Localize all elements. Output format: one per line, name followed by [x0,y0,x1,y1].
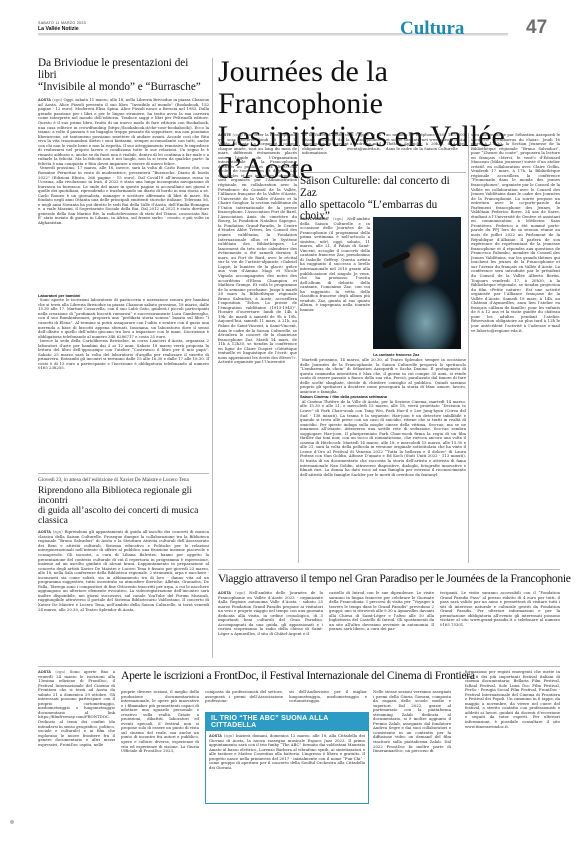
article-biblioteca: Giovedì 23, in attesa dell’esibizione di… [38,477,209,672]
headline-line-2: di guida all’ascolto dei concerti di mus… [38,506,209,526]
frontdoc-col-4: Nelle stesse sezioni verranno assegnati … [373,690,451,800]
headline-line-2: “Invisibile al mondo” e “Burrasche” [38,82,209,94]
paragraph: tecipanti. Le visite saranno accessibili… [440,591,560,627]
article-body: AOSTA (zgn) Oggi, sabato 11 marzo, alle … [38,98,209,292]
divider [38,666,560,667]
gran-paradiso-headline: Viaggio attraverso il tempo nel Gran Par… [218,573,560,585]
paragraph: Sono aperte fino a venerdì 24 marzo le i… [38,670,115,747]
newspaper-name: La Vallée Notizie [38,26,79,32]
gran-paradiso-col-3: tecipanti. Le visite saranno accessibili… [440,591,560,661]
paragraph: de la Vallée d’Aoste sous l’égide de la … [302,133,381,155]
paragraph: proprie diverse sezioni, il meglio della… [121,690,199,753]
microphone-shape [381,251,411,269]
francophonie-col-1: AOSTE (cnn) Pour fêter la Francophonie q… [218,133,297,563]
francophonie-col-2: de la Vallée d’Aoste sous l’égide de la … [302,133,381,169]
paragraph: Venerdì prossimo, 17 marzo, alle 18, inv… [38,165,209,225]
francophonie-col-3: au numéro de téléphone 0165 1875200 et s… [386,133,465,169]
frontdoc-col-3b: sti dell’Audiovisivo per il miglior lung… [289,690,367,706]
kicker: Giovedì 23, in attesa dell’esibizione di… [38,477,209,483]
paragraph: Martedì prossimo, 14 marzo, alle 20.30, … [300,358,466,394]
gran-paradiso-col-2: castello di Introd con le sue dipendenze… [329,591,434,661]
paragraph: Oggi, sabato 11 marzo, alle 18, nella Li… [38,98,209,166]
article-zaz: Saison Culturelle: dal concerto di Zaz a… [300,176,466,223]
frontdoc-col-3: composta da professionisti del settore, … [205,690,283,706]
frontdoc-col-2: proprie diverse sezioni, il meglio della… [121,690,199,800]
paragraph: Pour fêter la Francophonie qui sera célé… [218,133,297,364]
paragraph: Sono aperte le iscrizioni laboratorio di… [38,298,209,338]
frontdoc-col-1: AOSTA (zgn) Sono aperte fino a venerdì 2… [38,670,115,800]
paragraph: Invece la sede della Cartolibreria Brivi… [38,338,209,370]
divider [300,172,466,173]
frontdoc-headline: Aperte le iscrizioni a FrontDoc, il Fest… [121,670,461,682]
singer-photo [373,217,461,349]
the-abc-banner: IL TRIO “THE ABC” SUONA ALLA CITTADELLA [206,713,368,731]
article-body: AOSTA (zgn) Riprendono gli appuntamenti … [38,530,209,672]
column-rule [468,133,469,563]
paragraph: formazione per registi emergenti che met… [465,670,560,729]
photo-caption: La cantante francese Zaz [373,352,419,357]
headline-line-1: Journées de la Francophonie [218,56,560,121]
paragraph: sti dell’Audiovisivo per il miglior lung… [289,690,367,703]
column-rule [298,133,299,563]
headline-line-1: Da Briviodue le presentazioni dei libri [38,58,209,82]
the-abc-box: IL TRIO “THE ABC” SUONA ALLA CITTADELLA … [205,712,369,804]
paragraph: castello di Introd con le sue dipendenze… [329,591,434,631]
paragraph: Inizierà domani, domenica 12 marzo, alle… [209,733,365,770]
paragraph: Nell’ambito della Saison Culturelle e in… [300,217,370,312]
issue-date: SABATO 11 MARZO 2023 [38,21,86,25]
section-title: Cultura [400,18,464,40]
article-body-2: Sono aperte le iscrizioni laboratorio di… [38,298,209,398]
gran-paradiso-col-1: AOSTA (zgn) Nell’ambito delle Journées d… [218,591,323,661]
divider [218,569,560,570]
the-abc-body: AOSTA (zgn) Inizierà domani, domenica 12… [206,731,368,796]
zaz-col-1: SAINT-VINCENT (zgn) Nell’ambito della Sa… [300,217,370,355]
frontdoc-col-5: formazione per registi emergenti che met… [465,670,560,800]
francophonie-col-4: sera mis en scène par Sébastien Azzopard… [471,133,560,563]
zaz-wide-text: Martedì prossimo, 14 marzo, alle 20.30, … [300,358,466,561]
page-number: 47 [526,17,547,39]
paragraph: composta da professionisti del settore, … [205,690,283,703]
column-rule [212,58,213,658]
scan-mark [10,820,14,824]
headline-line-1: Saison Culturelle: dal concerto di Zaz [300,176,466,200]
divider [38,473,209,474]
article-briviodue: Da Briviodue le presentazioni dei libri … [38,58,209,398]
paragraph: Nell’ambito delle Journées de la Francop… [218,591,323,636]
paragraph: Riprendono gli appuntamenti di guida all… [38,530,209,611]
paragraph: Nelle stesse sezioni verranno assegnati … [373,690,451,753]
paragraph: sera mis en scène par Sébastien Azzopard… [471,133,560,333]
headline-line-1: Riprendono alla Biblioteca regionale gli… [38,486,209,506]
paragraph: au numéro de téléphone 0165 1875200 et s… [386,133,465,151]
paragraph: Al Cinéma Théâtre de la Ville di Aosta, … [300,399,466,477]
